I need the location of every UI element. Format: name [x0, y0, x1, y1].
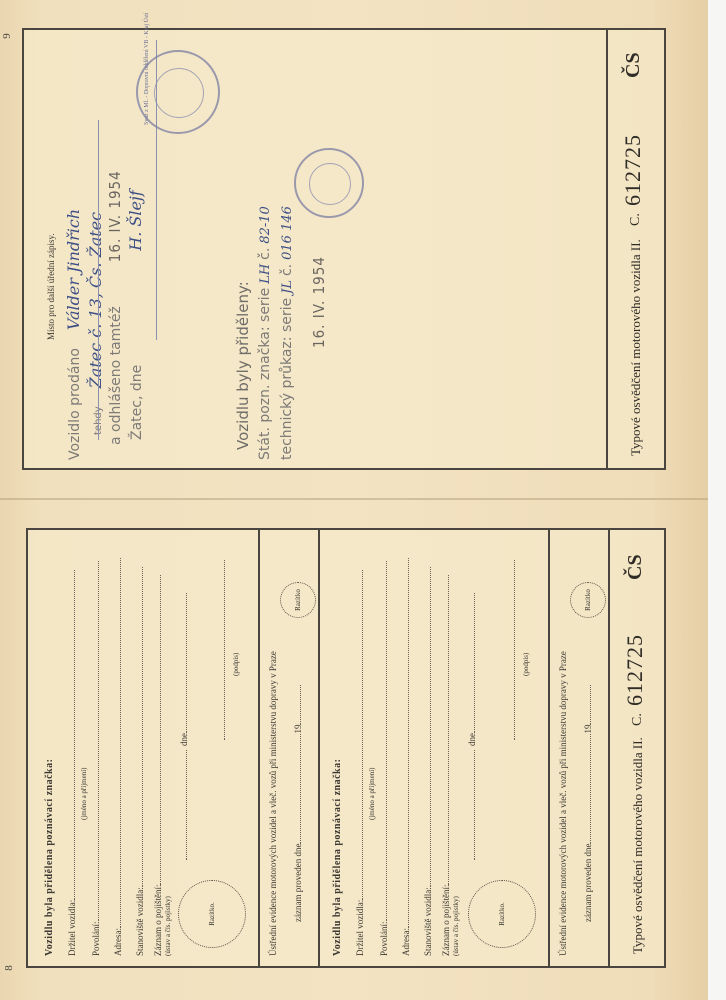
- page-heading: Místo pro další úřední zápisy.: [46, 233, 56, 340]
- occupation-field[interactable]: Povolání:: [90, 561, 101, 956]
- plate-number: 82-10: [258, 206, 273, 243]
- registry-stamp-placeholder: Razítko: [570, 582, 606, 618]
- sale-stamp-line-1: Vozidlo prodáno Válder Jindřich: [64, 209, 84, 460]
- column-divider: [258, 530, 260, 966]
- sale-stamp-line-4: Žatec, dne H. Šlejf: [126, 190, 146, 440]
- rule-line: [98, 120, 99, 440]
- assignment-title: Vozidlu byly přiděleny:: [234, 281, 252, 450]
- serial-number: 612725: [622, 634, 648, 706]
- stamp-placeholder: Razítko.: [178, 880, 246, 948]
- signature-field[interactable]: [506, 560, 517, 740]
- registry-date-field[interactable]: záznam proveden dne19: [292, 685, 303, 922]
- registry-date-field[interactable]: záznam proveden dne19: [582, 685, 593, 922]
- tech-card-series: JL: [280, 280, 295, 294]
- stamp-placeholder: Razítko.: [468, 880, 536, 948]
- column-divider: [318, 530, 320, 966]
- insurance-field[interactable]: Záznam o pojištění:: [440, 575, 451, 956]
- section-heading: Vozidlu byla přidělena poznávací značka:: [332, 759, 343, 956]
- sale-stamp-line-3: a odhlášeno tamtéž 16. IV. 1954: [106, 170, 125, 445]
- country-code: ČS: [622, 52, 645, 78]
- country-code: ČS: [624, 554, 647, 580]
- footer-title: Typové osvědčení motorového vozidla II.: [630, 737, 646, 954]
- registration-form-frame: Vozidlu byla přidělena poznávací značka:…: [26, 528, 666, 968]
- scanner-background: [708, 0, 726, 1000]
- garage-field[interactable]: Stanoviště vozidla:: [422, 567, 433, 956]
- address-field[interactable]: Adresa:: [400, 558, 411, 956]
- date-field[interactable]: dne: [466, 593, 477, 860]
- plate-line: Stát. pozn. značka: serie LH č. 82-10: [256, 206, 274, 460]
- column-divider: [608, 530, 610, 966]
- plate-series: LH: [258, 264, 273, 284]
- footer-divider: [606, 30, 608, 468]
- occupation-field[interactable]: Povolání:: [378, 561, 389, 956]
- page-8: 8 Vozidlu byla přidělena poznávací značk…: [0, 500, 708, 1000]
- sale-label: Vozidlo prodáno: [67, 348, 83, 460]
- registry-heading: Ústřední evidence motorových vozidel a v…: [268, 651, 278, 956]
- official-entries-frame: Místo pro další úřední zápisy. Vozidlo p…: [22, 28, 666, 470]
- registry-heading: Ústřední evidence motorových vozidel a v…: [558, 651, 568, 956]
- serial-number: 612725: [620, 134, 646, 206]
- field-hint: (jméno a příjmení): [80, 768, 88, 820]
- page-number: 8: [3, 965, 15, 971]
- footer-c-label: C.: [630, 713, 646, 726]
- stamp-text: Svaz z Ml. - Dopravní oddělení VB - Kraj…: [144, 12, 150, 125]
- official-signature: H. Šlejf: [126, 190, 145, 251]
- page-number: 9: [1, 33, 13, 39]
- buyer-name: Válder Jindřich: [64, 209, 83, 330]
- sale-stamp-line-2: tehdy Žatec č. 13, Čs. Žatec: [86, 212, 106, 435]
- tech-card-number: 016 146: [280, 206, 295, 260]
- signature-hint: (podpis): [522, 653, 530, 676]
- field-hint: (ústav a čís. pojistky): [452, 896, 460, 956]
- official-round-stamp-2: [294, 148, 364, 218]
- registry-stamp-placeholder: Razítko: [280, 582, 316, 618]
- buyer-address: Žatec č. 13, Čs. Žatec: [86, 212, 105, 388]
- field-hint: (jméno a příjmení): [368, 768, 376, 820]
- signature-hint: (podpis): [232, 653, 240, 676]
- section-heading: Vozidlu byla přidělena poznávací značka:: [44, 759, 55, 956]
- field-hint: (ústav a čís. pojistky): [164, 896, 172, 956]
- sale-date: 16. IV. 1954: [106, 170, 124, 262]
- holder-field[interactable]: Držitel vozidla:: [66, 570, 77, 956]
- column-divider: [548, 530, 550, 966]
- date-field[interactable]: dne: [178, 593, 189, 860]
- insurance-field[interactable]: Záznam o pojištění:: [152, 575, 163, 956]
- assignment-date: 16. IV. 1954: [310, 256, 328, 348]
- signature-field[interactable]: [216, 560, 227, 740]
- footer-c-label: C.: [628, 213, 644, 226]
- address-field[interactable]: Adresa:: [112, 558, 123, 956]
- garage-field[interactable]: Stanoviště vozidla:: [134, 567, 145, 956]
- holder-field[interactable]: Držitel vozidla:: [354, 570, 365, 956]
- page-9: 9 Místo pro další úřední zápisy. Vozidlo…: [0, 0, 708, 500]
- tech-card-line: technický průkaz: serie JL č. 016 146: [278, 206, 296, 460]
- footer-title: Typové osvědčení motorového vozidla II.: [628, 239, 644, 456]
